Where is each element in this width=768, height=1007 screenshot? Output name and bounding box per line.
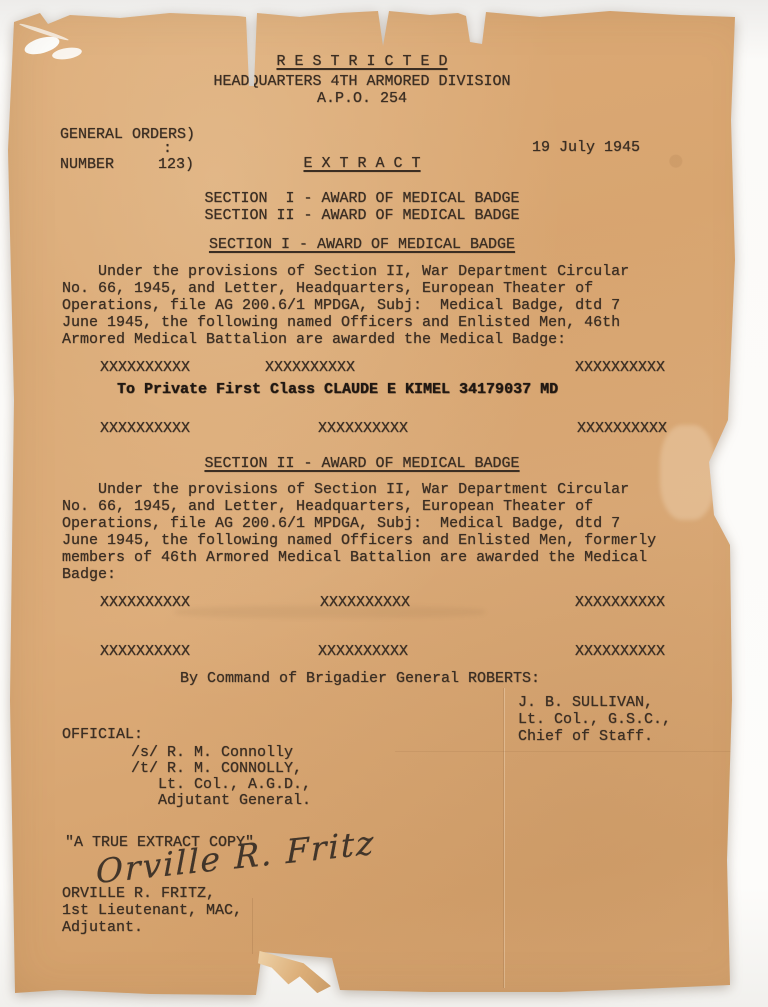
general-orders-label: GENERAL ORDERS)	[60, 126, 195, 143]
redaction-row: XXXXXXXXXX XXXXXXXXXX XXXXXXXXXX	[0, 643, 768, 660]
official-rank-line: Lt. Col., A.G.D.,	[158, 776, 311, 793]
section2-heading: SECTION II - AWARD OF MEDICAL BADGE	[62, 455, 662, 472]
certifier-name: ORVILLE R. FRITZ,	[62, 885, 215, 902]
ink-ghost-smudge	[175, 606, 485, 618]
contents-line-1: SECTION I - AWARD OF MEDICAL BADGE	[62, 190, 662, 207]
certifier-rank: 1st Lieutenant, MAC,	[62, 902, 242, 919]
redacted-name: XXXXXXXXXX	[100, 420, 190, 437]
redacted-name: XXXXXXXXXX	[575, 594, 665, 611]
paper-tear-topleft	[23, 33, 62, 57]
redaction-row: XXXXXXXXXX XXXXXXXXXX XXXXXXXXXX	[0, 359, 768, 376]
official-typed-line: /t/ R. M. CONNOLLY,	[131, 760, 302, 777]
number-label: NUMBER	[60, 156, 114, 173]
extract-title: E X T R A C T	[62, 155, 662, 172]
redacted-name: XXXXXXXXXX	[318, 420, 408, 437]
paper-crease-vertical	[503, 688, 504, 988]
redacted-name: XXXXXXXXXX	[318, 643, 408, 660]
official-signed-line: /s/ R. M. Connolly	[131, 744, 293, 761]
contents-line-2: SECTION II - AWARD OF MEDICAL BADGE	[62, 207, 662, 224]
true-copy-statement: "A TRUE EXTRACT COPY"	[65, 834, 254, 851]
order-date: 19 July 1945	[532, 139, 640, 156]
paper-tear-topleft	[51, 46, 82, 62]
command-line: By Command of Brigadier General ROBERTS:	[180, 670, 540, 687]
handwritten-signature: Orville R. Fritz	[96, 823, 375, 892]
paper-shadow-wrap: R E S T R I C T E D HEADQUARTERS 4TH ARM…	[0, 0, 768, 1007]
section1-heading: SECTION I - AWARD OF MEDICAL BADGE	[62, 236, 662, 253]
redaction-row: XXXXXXXXXX XXXXXXXXXX XXXXXXXXXX	[0, 420, 768, 437]
orders-colon: :	[163, 140, 172, 157]
official-label: OFFICIAL:	[62, 726, 143, 743]
redaction-row: XXXXXXXXXX XXXXXXXXXX XXXXXXXXXX	[0, 594, 768, 611]
paper-crease-vertical	[504, 688, 505, 988]
chief-of-staff-rank: Lt. Col., G.S.C.,	[518, 711, 671, 728]
redacted-name: XXXXXXXXXX	[100, 594, 190, 611]
redacted-name: XXXXXXXXXX	[100, 643, 190, 660]
headquarters-line: HEADQUARTERS 4TH ARMORED DIVISION	[62, 73, 662, 90]
awardee-line: To Private First Class CLAUDE E KIMEL 34…	[117, 381, 558, 398]
paper-crease-horizontal	[395, 751, 733, 752]
chief-of-staff-name: J. B. SULLIVAN,	[518, 694, 653, 711]
official-title-line: Adjutant General.	[158, 792, 311, 809]
document-paper: R E S T R I C T E D HEADQUARTERS 4TH ARM…	[0, 0, 768, 1007]
number-value: 123)	[158, 156, 194, 173]
apo-line: A.P.O. 254	[62, 90, 662, 107]
redacted-name: XXXXXXXXXX	[577, 420, 667, 437]
classification-banner: R E S T R I C T E D	[62, 53, 662, 70]
paper-scratch	[19, 22, 70, 42]
redacted-name: XXXXXXXXXX	[320, 594, 410, 611]
redacted-name: XXXXXXXXXX	[575, 643, 665, 660]
redacted-name: XXXXXXXXXX	[100, 359, 190, 376]
section1-paragraph: Under the provisions of Section II, War …	[62, 263, 629, 348]
scan-background: R E S T R I C T E D HEADQUARTERS 4TH ARM…	[0, 0, 768, 1007]
chief-of-staff-title: Chief of Staff.	[518, 728, 653, 745]
paper-crease-vertical	[252, 898, 253, 954]
section2-paragraph: Under the provisions of Section II, War …	[62, 481, 656, 583]
redacted-name: XXXXXXXXXX	[265, 359, 355, 376]
fold-discoloration	[660, 425, 715, 520]
certifier-title: Adjutant.	[62, 919, 143, 936]
redacted-name: XXXXXXXXXX	[575, 359, 665, 376]
